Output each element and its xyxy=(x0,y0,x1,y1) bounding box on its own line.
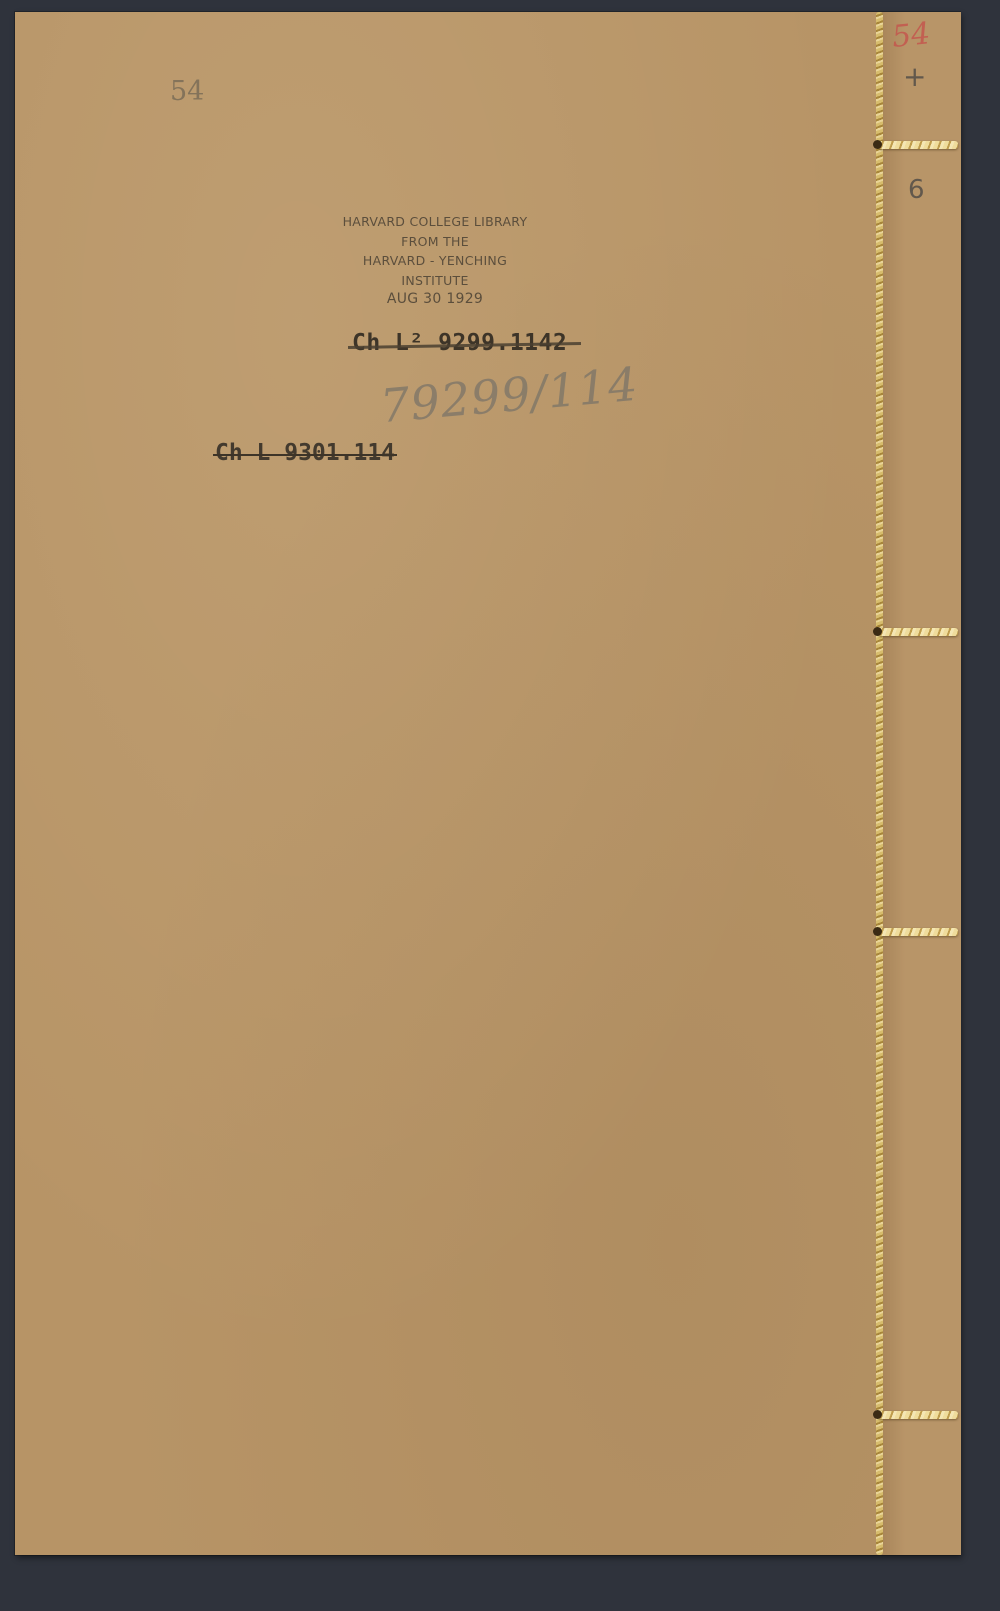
stamp-date: AUG 30 1929 xyxy=(320,290,550,310)
binding-stitch xyxy=(878,1411,958,1419)
red-annotation-number: 54 xyxy=(890,16,932,55)
library-stamp: HARVARD COLLEGE LIBRARY FROM THE HARVARD… xyxy=(320,212,550,310)
stamp-line: INSTITUTE xyxy=(320,271,550,291)
thread-knot xyxy=(873,927,882,936)
spine-volume-number: 6 xyxy=(908,175,925,205)
stamp-line: FROM THE xyxy=(320,232,550,252)
binding-stitch xyxy=(878,141,958,149)
thread-knot xyxy=(873,1410,882,1419)
stamp-line: HARVARD - YENCHING xyxy=(320,251,550,271)
binding-stitch xyxy=(878,928,958,936)
binding-stitch xyxy=(878,628,958,636)
spine-pencil-mark: + xyxy=(903,60,926,93)
stamp-line: HARVARD COLLEGE LIBRARY xyxy=(320,212,550,232)
call-number-typed: Ch L² 9299.1142 xyxy=(352,330,567,356)
thread-knot xyxy=(873,627,882,636)
thread-knot xyxy=(873,140,882,149)
page-number: 54 xyxy=(170,76,204,107)
binding-thread xyxy=(876,12,883,1555)
call-number-struck: Ch L 9301.114 xyxy=(215,440,395,466)
spine-flap xyxy=(880,12,961,1555)
